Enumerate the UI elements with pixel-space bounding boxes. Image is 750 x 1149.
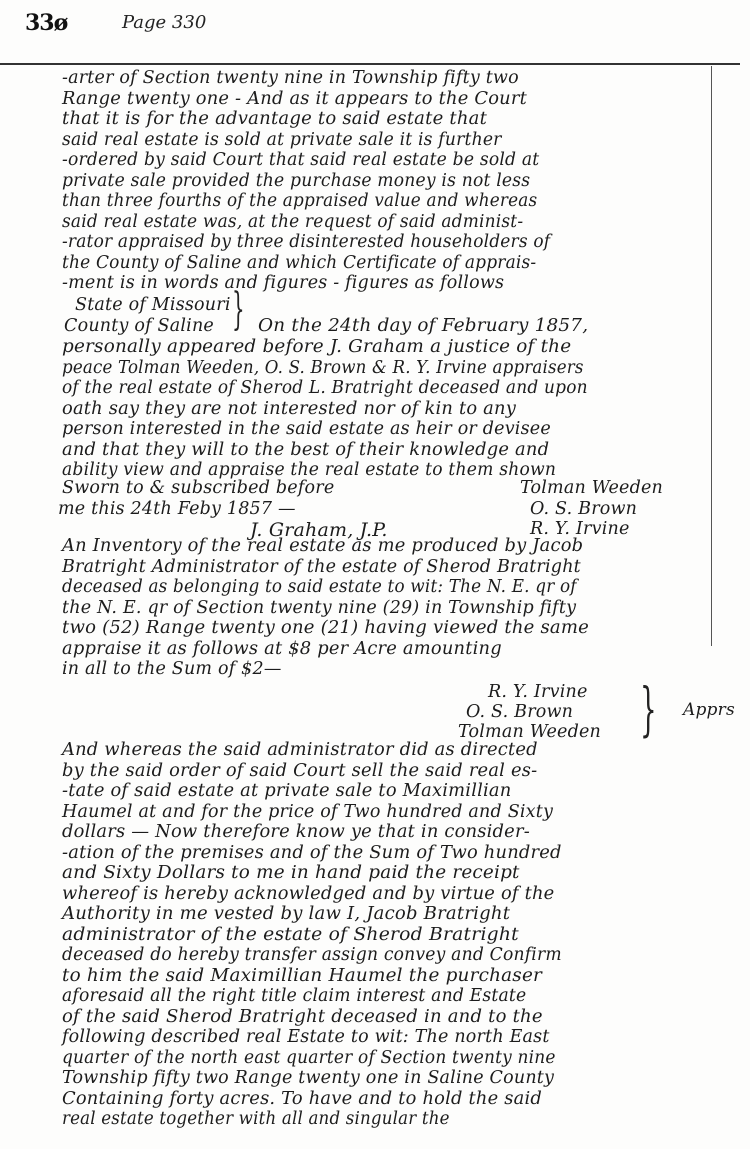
text-line: and Sixty Dollars to me in hand paid the…	[62, 863, 598, 884]
text-line: And whereas the said administrator did a…	[62, 740, 582, 761]
text-line: person interested in the said estate as …	[62, 419, 611, 440]
jurat-line-2: me this 24th Feby 1857 —	[58, 499, 296, 519]
text-line: oath say they are not interested nor of …	[62, 399, 622, 420]
text-line: real estate together with all and singul…	[62, 1109, 547, 1130]
text-line: deceased do hereby transfer assign conve…	[62, 945, 562, 966]
text-line: peace Tolman Weeden, O. S. Brown & R. Y.…	[62, 358, 584, 379]
text-line: to him the said Maximillian Haumel the p…	[62, 966, 598, 987]
text-line: the N. E. qr of Section twenty nine (29)…	[62, 598, 598, 619]
text-line: by the said order of said Court sell the…	[62, 761, 582, 782]
right-margin-line	[711, 66, 712, 646]
text-line: the County of Saline and which Certifica…	[62, 253, 550, 274]
signature-tolman-weeden: Tolman Weeden	[520, 478, 663, 498]
paragraph-order-of-sale: -arter of Section twenty nine in Townshi…	[62, 68, 565, 294]
ledger-page: 33ø Page 330 -arter of Section twenty ni…	[0, 0, 750, 1149]
text-line: two (52) Range twenty one (21) having vi…	[62, 618, 614, 639]
text-line: of the said Sherod Bratright deceased in…	[62, 1007, 587, 1028]
text-line: personally appeared before J. Graham a j…	[62, 337, 639, 358]
venue-state: State of Missouri	[75, 295, 231, 315]
appraiser-signature-weeden: Tolman Weeden	[458, 722, 601, 742]
text-line: private sale provided the purchase money…	[62, 171, 555, 192]
paragraph-deed: And whereas the said administrator did a…	[62, 740, 572, 1130]
top-ruled-line	[0, 63, 740, 65]
text-line: and that they will to the best of their …	[62, 440, 622, 461]
text-line: Containing forty acres. To have and to h…	[62, 1089, 582, 1110]
text-line: aforesaid all the right title claim inte…	[62, 986, 562, 1007]
affidavit-opening: On the 24th day of February 1857,	[258, 316, 588, 336]
text-line: than three fourths of the appraised valu…	[62, 191, 545, 212]
text-line: deceased as belonging to said estate to …	[62, 577, 577, 598]
printed-page-number: 33ø	[25, 10, 67, 36]
text-line: dollars — Now therefore know ye that in …	[62, 822, 582, 843]
appraisers-affidavit: personally appeared before J. Graham a j…	[62, 337, 611, 481]
text-line: said real estate is sold at private sale…	[62, 130, 555, 151]
venue-county: County of Saline	[64, 316, 214, 336]
text-line: in all to the Sum of $2—	[62, 659, 598, 680]
text-line: said real estate was, at the request of …	[62, 212, 550, 233]
text-line: -arter of Section twenty nine in Townshi…	[62, 68, 565, 89]
text-line: -ation of the premises and of the Sum of…	[62, 843, 582, 864]
venue-brace: }	[232, 288, 245, 332]
appraisers-label: Apprs	[683, 700, 735, 720]
appraiser-signature-irvine: R. Y. Irvine	[488, 682, 588, 702]
text-line: Haumel at and for the price of Two hundr…	[62, 802, 572, 823]
text-line: -tate of said estate at private sale to …	[62, 781, 582, 802]
paragraph-inventory: An Inventory of the real estate as me pr…	[62, 536, 598, 680]
text-line: -ment is in words and figures - figures …	[62, 273, 565, 294]
text-line: An Inventory of the real estate as me pr…	[62, 536, 609, 557]
text-line: Township fifty two Range twenty one in S…	[62, 1068, 572, 1089]
text-line: -ordered by said Court that said real es…	[62, 150, 555, 171]
signature-os-brown: O. S. Brown	[530, 499, 637, 519]
text-line: following described real Estate to wit: …	[62, 1027, 572, 1048]
text-line: administrator of the estate of Sherod Br…	[62, 925, 608, 946]
appraiser-signature-brown: O. S. Brown	[466, 702, 573, 722]
text-line: whereof is hereby acknowledged and by vi…	[62, 884, 582, 905]
text-line: -rator appraised by three disinterested …	[62, 232, 550, 253]
text-line: appraise it as follows at $8 per Acre am…	[62, 639, 609, 660]
appraisers-brace: }	[640, 680, 657, 738]
text-line: Authority in me vested by law I, Jacob B…	[62, 904, 587, 925]
handwritten-page-label: Page 330	[122, 12, 206, 33]
text-line: that it is for the advantage to said est…	[62, 109, 580, 130]
jurat-line-1: Sworn to & subscribed before	[62, 478, 334, 498]
text-line: quarter of the north east quarter of Sec…	[62, 1048, 557, 1069]
text-line: of the real estate of Sherod L. Bratrigh…	[62, 378, 595, 399]
text-line: Range twenty one - And as it appears to …	[62, 89, 575, 110]
text-line: Bratright Administrator of the estate of…	[62, 557, 598, 578]
